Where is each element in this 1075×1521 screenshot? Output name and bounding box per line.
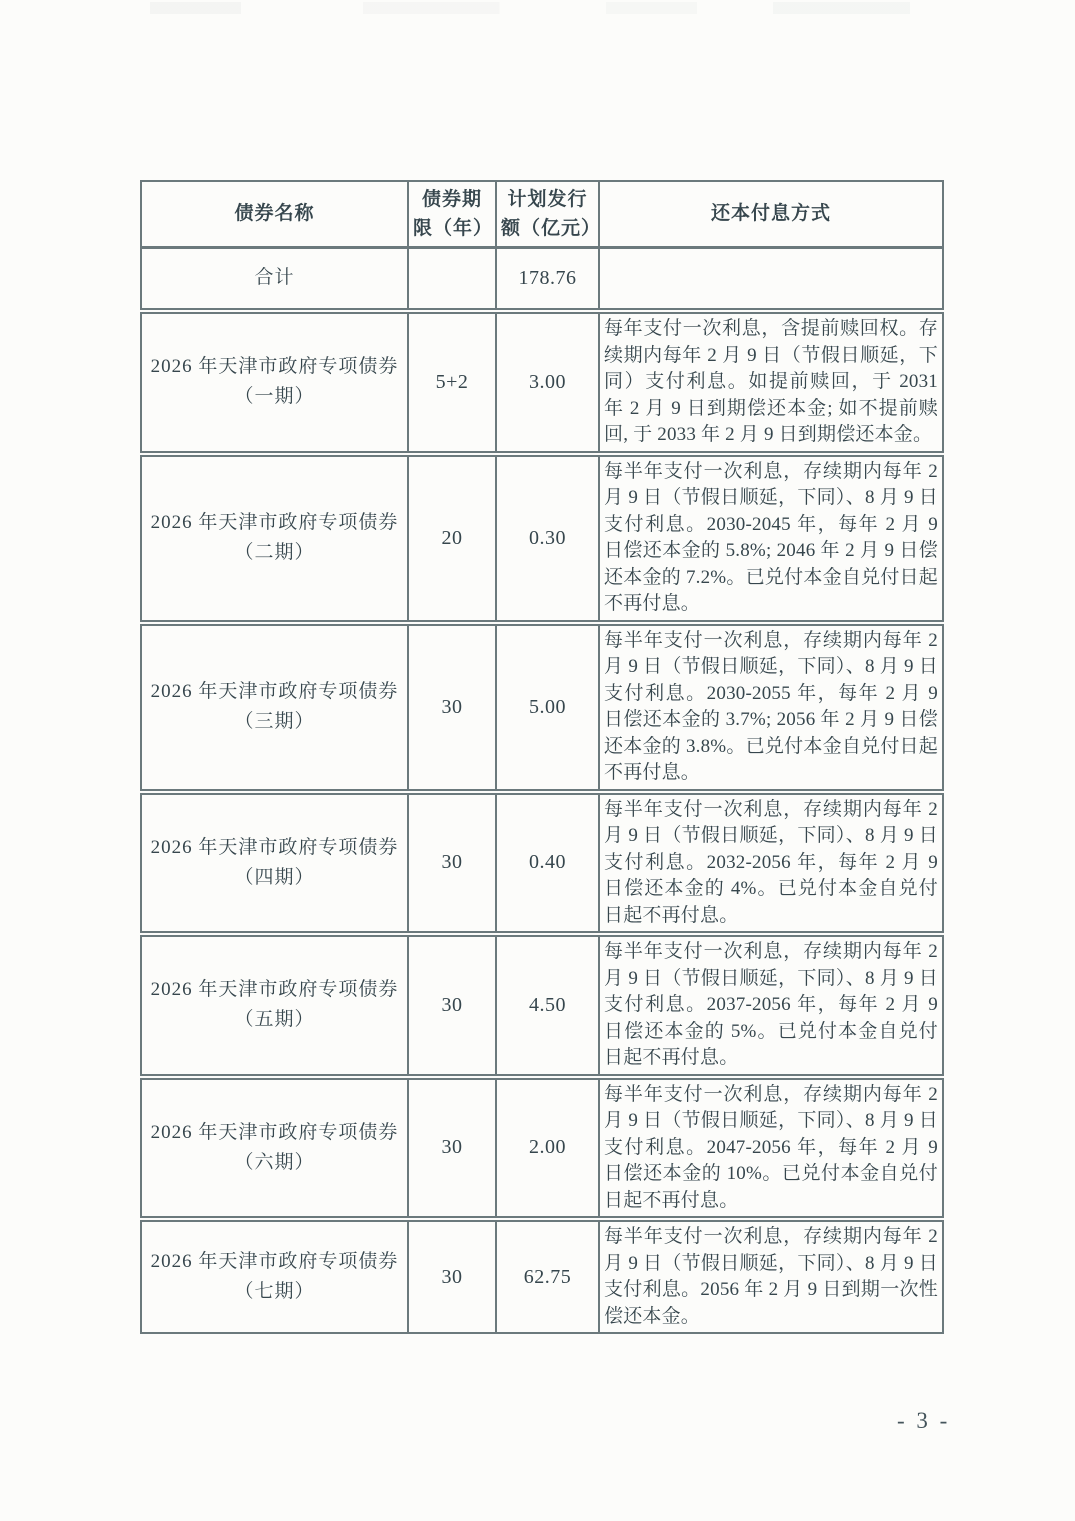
bond-term-cell: 30 <box>408 934 496 1077</box>
bond-name-cell: 2026 年天津市政府专项债券（二期） <box>141 454 408 623</box>
bond-row-period-4: 2026 年天津市政府专项债券（四期） 30 0.40 每半年支付一次利息，存续… <box>141 792 943 935</box>
bond-method-cell: 每半年支付一次利息，存续期内每年 2 月 9 日（节假日顺延，下同）、8 月 9… <box>599 454 943 623</box>
bond-term-cell: 30 <box>408 1219 496 1333</box>
header-amount: 计划发行额（亿元） <box>496 181 599 247</box>
bond-name-cell: 2026 年天津市政府专项债券（三期） <box>141 623 408 792</box>
bond-issuance-table: 债券名称 债券期限（年） 计划发行额（亿元） 还本付息方式 合计 178.76 … <box>140 180 944 1334</box>
bond-term-cell: 30 <box>408 623 496 792</box>
bond-method-cell: 每半年支付一次利息，存续期内每年 2 月 9 日（节假日顺延，下同）、8 月 9… <box>599 792 943 935</box>
bond-amount-cell: 5.00 <box>496 623 599 792</box>
table-header-row: 债券名称 债券期限（年） 计划发行额（亿元） 还本付息方式 <box>141 181 943 247</box>
bond-method-cell: 每半年支付一次利息，存续期内每年 2 月 9 日（节假日顺延，下同）、8 月 9… <box>599 1077 943 1220</box>
bond-term-cell: 30 <box>408 1077 496 1220</box>
total-name-cell: 合计 <box>141 247 408 311</box>
bond-amount-cell: 3.00 <box>496 311 599 454</box>
bond-name-cell: 2026 年天津市政府专项债券（五期） <box>141 934 408 1077</box>
document-page: { "document": { "page_number": "- 3 -" }… <box>0 0 1075 1521</box>
bond-method-cell: 每半年支付一次利息，存续期内每年 2 月 9 日（节假日顺延，下同）、8 月 9… <box>599 1219 943 1333</box>
bond-name-cell: 2026 年天津市政府专项债券（四期） <box>141 792 408 935</box>
total-method-cell <box>599 247 943 311</box>
bond-amount-cell: 62.75 <box>496 1219 599 1333</box>
scan-artifact <box>150 2 910 14</box>
bond-amount-cell: 0.30 <box>496 454 599 623</box>
bond-term-cell: 30 <box>408 792 496 935</box>
bond-name-cell: 2026 年天津市政府专项债券（七期） <box>141 1219 408 1333</box>
bond-term-cell: 5+2 <box>408 311 496 454</box>
total-row: 合计 178.76 <box>141 247 943 311</box>
bond-amount-cell: 4.50 <box>496 934 599 1077</box>
total-term-cell <box>408 247 496 311</box>
header-method: 还本付息方式 <box>599 181 943 247</box>
bond-row-period-1: 2026 年天津市政府专项债券（一期） 5+2 3.00 每年支付一次利息，含提… <box>141 311 943 454</box>
bond-term-cell: 20 <box>408 454 496 623</box>
page-number: - 3 - <box>897 1408 950 1434</box>
bond-name-cell: 2026 年天津市政府专项债券（一期） <box>141 311 408 454</box>
bond-method-cell: 每半年支付一次利息，存续期内每年 2 月 9 日（节假日顺延，下同）、8 月 9… <box>599 934 943 1077</box>
header-bond-name: 债券名称 <box>141 181 408 247</box>
bond-method-cell: 每半年支付一次利息，存续期内每年 2 月 9 日（节假日顺延，下同）、8 月 9… <box>599 623 943 792</box>
total-amount-cell: 178.76 <box>496 247 599 311</box>
bond-name-cell: 2026 年天津市政府专项债券（六期） <box>141 1077 408 1220</box>
bond-row-period-2: 2026 年天津市政府专项债券（二期） 20 0.30 每半年支付一次利息，存续… <box>141 454 943 623</box>
bond-method-cell: 每年支付一次利息，含提前赎回权。存续期内每年 2 月 9 日（节假日顺延，下同）… <box>599 311 943 454</box>
bond-row-period-3: 2026 年天津市政府专项债券（三期） 30 5.00 每半年支付一次利息，存续… <box>141 623 943 792</box>
header-term: 债券期限（年） <box>408 181 496 247</box>
bond-amount-cell: 0.40 <box>496 792 599 935</box>
bond-row-period-5: 2026 年天津市政府专项债券（五期） 30 4.50 每半年支付一次利息，存续… <box>141 934 943 1077</box>
bond-row-period-7: 2026 年天津市政府专项债券（七期） 30 62.75 每半年支付一次利息，存… <box>141 1219 943 1333</box>
bond-amount-cell: 2.00 <box>496 1077 599 1220</box>
bond-row-period-6: 2026 年天津市政府专项债券（六期） 30 2.00 每半年支付一次利息，存续… <box>141 1077 943 1220</box>
